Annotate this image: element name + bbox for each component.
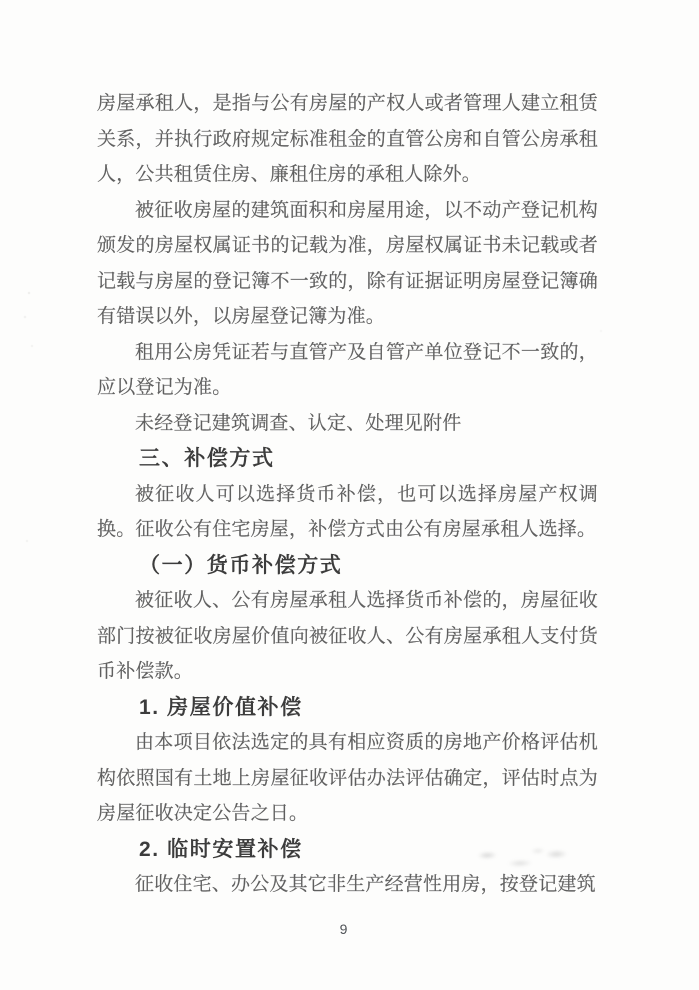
section-heading: 2. 临时安置补偿 xyxy=(97,832,598,868)
section-heading: 三、补偿方式 xyxy=(97,441,598,477)
body-paragraph: 未经登记建筑调查、认定、处理见附件 xyxy=(97,406,598,442)
body-paragraph: 租用公房凭证若与直管产及自管产单位登记不一致的，应以登记为准。 xyxy=(97,335,598,406)
document-body: 房屋承租人，是指与公有房屋的产权人或者管理人建立租赁关系，并执行政府规定标准租金… xyxy=(97,86,598,903)
section-heading: 1. 房屋价值补偿 xyxy=(97,690,598,726)
body-paragraph: 被征收人、公有房屋承租人选择货币补偿的，房屋征收部门按被征收房屋价值向被征收人、… xyxy=(97,583,598,690)
body-paragraph: 被征收房屋的建筑面积和房屋用途，以不动产登记机构颁发的房屋权属证书的记载为准，房… xyxy=(97,193,598,335)
body-paragraph: 由本项目依法选定的具有相应资质的房地产价格评估机构依照国有土地上房屋征收评估办法… xyxy=(97,725,598,832)
section-heading: （一）货币补偿方式 xyxy=(97,548,598,584)
body-paragraph: 房屋承租人，是指与公有房屋的产权人或者管理人建立租赁关系，并执行政府规定标准租金… xyxy=(97,86,598,193)
page-number: 9 xyxy=(0,921,687,937)
scanned-document-page: 房屋承租人，是指与公有房屋的产权人或者管理人建立租赁关系，并执行政府规定标准租金… xyxy=(0,0,699,990)
body-paragraph: 征收住宅、办公及其它非生产经营性用房，按登记建筑 xyxy=(97,867,598,903)
body-paragraph: 被征收人可以选择货币补偿，也可以选择房屋产权调换。征收公有住宅房屋，补偿方式由公… xyxy=(97,477,598,548)
scan-speckle-artifacts xyxy=(0,0,2,2)
